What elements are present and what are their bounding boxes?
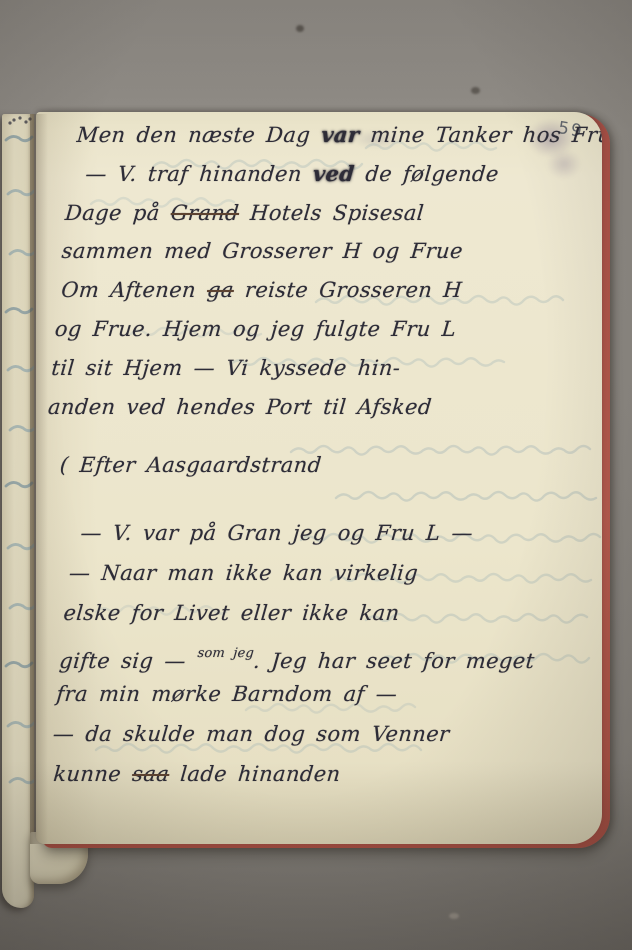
manuscript-line: Om Aftenen ga reiste Grosseren H <box>57 271 602 310</box>
notebook-photo: 59 Men den næste Dag var mine Tanker hos… <box>0 0 632 950</box>
manuscript-line: — da skulde man dog som Venner <box>51 714 600 754</box>
ink-segment: elske for Livet eller ikke kan <box>62 601 400 625</box>
manuscript-line: — Naar man ikke kan virkelig <box>65 553 602 593</box>
manuscript-line: til sit Hjem — Vi kyssede hin- <box>50 349 598 388</box>
ink-segment: Dage på <box>64 201 172 225</box>
manuscript-line: Men den næste Dag var mine Tanker hos Fr… <box>70 116 602 155</box>
manuscript-line: — V. traf hinanden ved de følgende <box>67 155 602 194</box>
ink-segment: — da skulde man dog som Venner <box>52 722 451 746</box>
manuscript-line: gifte sig — som jeg. Jeg har seet for me… <box>58 634 602 674</box>
ink-segment: som jeg <box>197 646 255 661</box>
previous-page-edge <box>2 114 34 908</box>
ink-segment: anden ved hendes Port til Afsked <box>47 395 433 419</box>
ink-segment: mine Tanker hos Fru H <box>358 123 602 147</box>
ink-segment: kunne <box>52 762 133 786</box>
ink-segment: fra min mørke Barndom af — <box>55 682 398 706</box>
ink-segment: Hotels Spisesal <box>238 201 425 225</box>
ink-segment: — V. traf hinanden <box>84 162 314 186</box>
manuscript-paragraph: Men den næste Dag var mine Tanker hos Fr… <box>46 116 602 426</box>
manuscript-paragraph: ( Efter Aasgaardstrand <box>58 446 602 485</box>
ink-segment: lade hinanden <box>168 762 341 786</box>
dust-speck <box>449 913 459 919</box>
manuscript-line: — V. var på Gran jeg og Fru L — <box>69 513 602 553</box>
dust-speck <box>471 87 480 94</box>
manuscript-line: og Frue. Hjem og jeg fulgte Fru L <box>53 310 601 349</box>
ink-segment: reiste Grosseren H <box>233 278 463 302</box>
ink-segment: de følgende <box>353 162 500 186</box>
manuscript-line: ( Efter Aasgaardstrand <box>58 446 602 485</box>
dust-speck <box>296 25 304 32</box>
manuscript-line: Dage på Grand Hotels Spisesal <box>63 194 602 233</box>
manuscript-line: fra min mørke Barndom af — <box>55 674 602 714</box>
manuscript-line: sammen med Grosserer H og Frue <box>60 232 602 271</box>
notebook-page: 59 Men den næste Dag var mine Tanker hos… <box>36 112 602 844</box>
ink-segment: . Jeg har seet for meget <box>252 649 535 673</box>
manuscript-line: elske for Livet eller ikke kan <box>62 593 602 633</box>
ink-segment: var <box>320 122 360 147</box>
ink-segment: gifte sig — <box>58 649 198 673</box>
ink-segment: — V. var på Gran jeg og Fru L — <box>80 521 475 545</box>
ink-segment: til sit Hjem — Vi kyssede hin- <box>50 356 401 380</box>
ink-segment: Men den næste Dag <box>76 123 323 147</box>
ink-segment: saa <box>131 762 170 786</box>
previous-page-ink-bleedthrough <box>2 114 34 908</box>
ink-segment: sammen med Grosserer H og Frue <box>61 239 464 263</box>
ink-segment: Om Aftenen <box>60 278 208 302</box>
manuscript-line: anden ved hendes Port til Afsked <box>46 388 594 427</box>
ink-segment: — Naar man ikke kan virkelig <box>68 561 419 585</box>
ink-segment: ga <box>206 278 235 302</box>
ink-segment: Grand <box>170 201 240 225</box>
ink-segment: og Frue. Hjem og jeg fulgte Fru L <box>54 317 457 341</box>
manuscript-line: kunne saa lade hinanden <box>48 754 597 794</box>
manuscript-paragraph: — V. var på Gran jeg og Fru L —— Naar ma… <box>48 513 602 794</box>
ink-segment: ved <box>312 161 356 186</box>
ink-segment: ( Efter Aasgaardstrand <box>59 453 323 477</box>
